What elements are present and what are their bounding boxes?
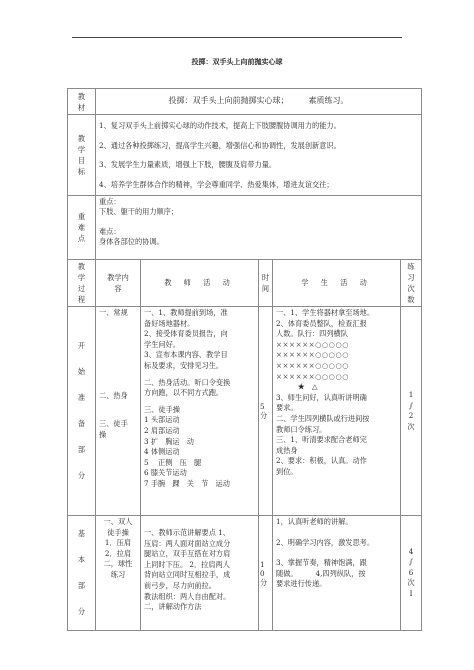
header-rule: [72, 37, 402, 38]
key-points-content: 重点： 下肢、躯干的用力顺序； 难点： 身体各部位的协调。: [96, 196, 422, 260]
document-title: 投掷：双手头上向前抛实心球: [0, 57, 474, 67]
process-header-row: 教 学 过 程 教学内 容 教 师 活 动 时 间 学 生 活 动 练 习 次 …: [68, 260, 422, 307]
time-header: 时 间: [259, 260, 273, 307]
formation-row: ××××××○○○○○: [276, 372, 397, 383]
material-value: 投掷：双手头上向前抛掷实心球； 素质练习。: [96, 89, 422, 115]
material-row: 教 材 投掷：双手头上向前抛掷实心球； 素质练习。: [68, 89, 422, 115]
lesson-plan-table: 教 材 投掷：双手头上向前抛掷实心球； 素质练习。 教 学 目 标 1、复习双手…: [67, 88, 422, 631]
formation-row: ××××××○○○○○: [276, 340, 397, 351]
student-activity-preparation: 一、1、学生将器材拿至场地。 2、体育委员整队，检查汇报 人数。队行：四列横队 …: [273, 307, 401, 516]
section-content-basic: 一、双人 徒手操 1．压肩 2．拉肩 二，球性 练习: [96, 516, 141, 631]
teacher-activity-basic: 一、教师示范讲解要点 1、 压肩：两人面对面站立成分 腿站立，双手互搭在对方肩 …: [141, 516, 259, 631]
section-content-preparation: 一、常规 二、热身 三、徒手 操: [96, 307, 141, 516]
formation-markers: ★ △: [276, 382, 397, 393]
section-label-basic: 基 本 部 分: [68, 516, 96, 631]
objective-item: 1、复习双手头上前掷实心球的动作技术，提高上下肢腰腹协调用力的能力。: [99, 116, 418, 136]
objective-item: 2、通过各种投掷练习，提高学生兴趣，增强信心和协调性，发展创新意识。: [99, 136, 418, 156]
key-point-title: 重点：: [99, 197, 418, 207]
time-preparation: 5 分: [259, 307, 273, 516]
objective-item: 4、培养学生群体合作的精神，学会尊重同学、热爱集体，增进友谊交往；: [99, 175, 418, 195]
teacher-activity-header: 教 师 活 动: [141, 260, 259, 307]
teacher-activity-preparation: 一、1、教师提前到场，准 备好场地器材。 2、接受体育委员报告，向 学生问好。 …: [141, 307, 259, 516]
material-label: 教 材: [68, 89, 96, 115]
objective-item: 3、发展学生力量素质，增强上下肢，腰腹及肩带力量。: [99, 155, 418, 175]
count-preparation: 1 ∫ 2 次: [401, 307, 422, 516]
student-activity-header: 学 生 活 动: [273, 260, 401, 307]
objectives-list: 1、复习双手头上前掷实心球的动作技术，提高上下肢腰腹协调用力的能力。 2、通过各…: [96, 115, 422, 196]
objectives-label: 教 学 目 标: [68, 115, 96, 196]
key-point-value: 下肢、躯干的用力顺序；: [99, 207, 418, 217]
section-preparation: 开 始 准 备 部 分 一、常规 二、热身 三、徒手 操 一、1、教师提前到场，…: [68, 307, 422, 516]
section-label-preparation: 开 始 准 备 部 分: [68, 307, 96, 516]
formation-row: ××××××○○○○○: [276, 350, 397, 361]
difficult-point-value: 身体各部位的协调。: [99, 237, 418, 247]
content-header: 教学内 容: [96, 260, 141, 307]
section-basic: 基 本 部 分 一、双人 徒手操 1．压肩 2．拉肩 二，球性 练习 一、教师示…: [68, 516, 422, 631]
difficult-point-title: 难点：: [99, 227, 418, 237]
formation-row: ××××××○○○○○: [276, 361, 397, 372]
time-basic: 1 0 分: [259, 516, 273, 631]
count-basic: 4 ∫ 6 次 I: [401, 516, 422, 631]
process-label: 教 学 过 程: [68, 260, 96, 307]
student-activity-basic: 1，认真听老师的讲解。 2、明确学习内容，激发思考。 3、掌握节奏，精神饱满，跟…: [273, 516, 401, 631]
count-header: 练 习 次 数: [401, 260, 422, 307]
key-points-label: 重 难 点: [68, 196, 96, 260]
key-points-row: 重 难 点 重点： 下肢、躯干的用力顺序； 难点： 身体各部位的协调。: [68, 196, 422, 260]
objectives-row: 教 学 目 标 1、复习双手头上前掷实心球的动作技术，提高上下肢腰腹协调用力的能…: [68, 115, 422, 196]
